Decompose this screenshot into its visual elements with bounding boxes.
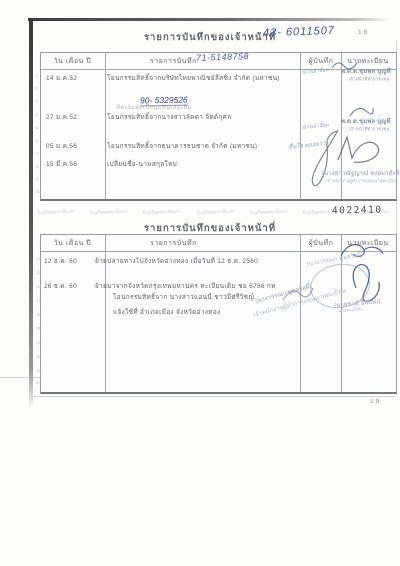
margin-row-number: 15 (36, 313, 41, 317)
margin-row-number: 11 (36, 257, 40, 261)
margin-row-number: 18 (36, 355, 41, 359)
scan-stray-line-bottom (33, 396, 395, 397)
watermark-text: ใบคู่มือจดทะเบียนรถ (142, 209, 181, 218)
table2-row2-date: 26 ธ.ค. 60 (44, 281, 77, 291)
margin-row-number: 4 (36, 113, 38, 117)
table2-row1-record: ย้ายปลายทางไปจังหวัดอ่างทอง เมื่อวันที่ … (95, 256, 258, 266)
table1-row3-date: 05 ม.ค.56 (46, 141, 77, 151)
table2-header-record: รายการบันทึก (150, 238, 197, 249)
scan-edge-left (29, 18, 33, 410)
table1-deputy-stamp-role: เจ้าพนักงานผู้ทำการแทนนายทะเบียน (326, 177, 398, 185)
table1-row2-date: 27 ม.ค.52 (46, 112, 77, 122)
margin-row-number: 19 (36, 369, 41, 373)
page-number-top: 18 (358, 29, 369, 36)
table2-row2-record-line2: โอนกรรมสิทธิ์จาก นางสาวแอนนี่ ชาวมีศรีวิ… (113, 292, 254, 302)
scanned-registration-page: { "scan": { "page_number_top": "18", "pa… (0, 0, 400, 566)
table2-header-date: วัน เดือน ปี (44, 238, 101, 249)
watermark-text: ใบคู่มือจดทะเบียนรถ (196, 209, 235, 218)
margin-row-number: 14 (36, 299, 41, 303)
table1-row1-record: โอนกรรมสิทธิ์จากบริษัทไทยพาณิชย์ลีสซิ่ง … (107, 73, 280, 83)
table2-row1-date: 12 ธ.ค. 60 (44, 256, 77, 266)
margin-row-number: 9 (36, 178, 38, 182)
table1-row1-date: 14 ม.ค.52 (46, 73, 77, 83)
table1-col-line-date (105, 53, 106, 199)
margin-row-number: 7 (36, 152, 38, 156)
margin-row-number: 20 (36, 381, 41, 385)
table2-row2-record-line3: แจ้งใช้ที่ อำเภอเมือง จังหวัดอ่างทอง (113, 307, 221, 317)
table1-registrar-stamp-role-1: เจ้าหน้าที่ทำการแทน (349, 75, 389, 83)
watermark-text: ใบคู่มือจดทะเบียนรถ (36, 209, 75, 218)
margin-row-number: 6 (36, 139, 38, 143)
serial-number-stamp: 4022410 (332, 205, 383, 217)
scan-stray-line (0, 377, 40, 378)
table1-handwritten-doc-no: 43- 6011507 (263, 25, 335, 40)
table1-header-date: วัน เดือน ปี (44, 56, 101, 67)
margin-row-number: 10 (36, 190, 41, 194)
margin-row-number: 12 (36, 271, 41, 275)
registrar-signature-flourish (334, 132, 386, 172)
scan-edge-top (28, 18, 390, 21)
table2-row2-record-line1: ย้ายมาจากจังหวัดกรุงเทพมหานคร ทะเบียนเดิ… (95, 281, 276, 291)
watermark-text: ใบคู่มือจดทะเบียนรถ (89, 209, 128, 218)
margin-row-number: 16 (36, 327, 41, 331)
table1-header-record: รายการบันทึก (150, 56, 197, 67)
margin-row-number: 17 (36, 341, 41, 345)
margin-row-number: 3 (36, 100, 38, 104)
margin-row-number: 13 (36, 285, 41, 289)
watermark-text: ใบคู่มือจดทะเบียนรถ (249, 209, 288, 218)
table1-row3-record: โอนกรรมสิทธิ์จากธนาคารธนชาต จำกัด (มหาชน… (107, 141, 257, 151)
table1-row4-record: เปลี่ยนชื่อ-นามสกุลใหม่ (107, 159, 177, 169)
table1-copy-note-handwritten: 90- 5329526 (140, 95, 188, 107)
table2-header-recorder: ผู้บันทึก (302, 238, 340, 249)
table1-handwritten-record-no: 71-5148758 (196, 51, 249, 63)
table1-row4-date: 15 มี.ค.56 (46, 159, 77, 169)
margin-row-number: 1 (36, 74, 38, 78)
table2-col-line-recorder (300, 235, 301, 392)
table1-row2-record: โอนกรรมสิทธิ์จากนางสาวลัดดา จิตต์กุศล (107, 112, 231, 122)
margin-row-number: 8 (36, 165, 38, 169)
margin-row-number: 5 (36, 126, 38, 130)
page-number-bottom: 19 (370, 398, 381, 405)
margin-row-number: 2 (36, 87, 38, 91)
